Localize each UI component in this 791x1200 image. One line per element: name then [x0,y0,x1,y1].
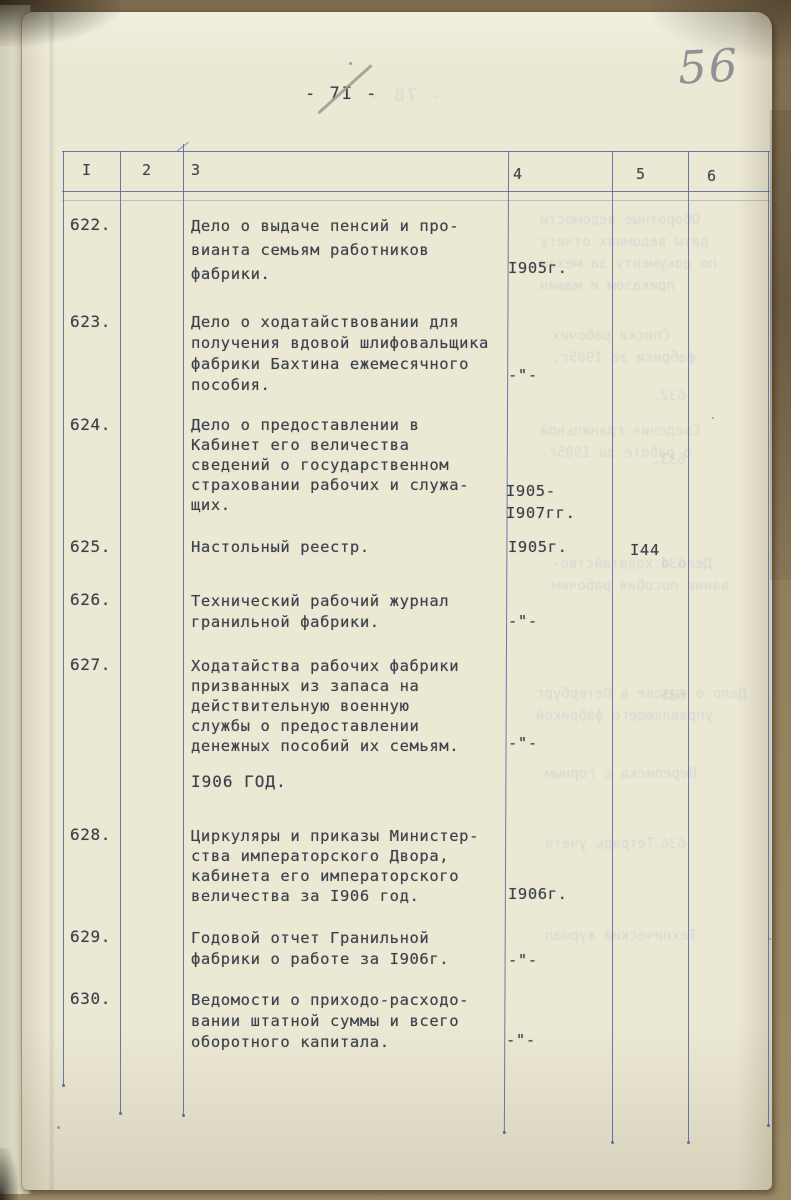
row-sheet-count: I44 [630,540,660,561]
row-date: I905г. [508,258,568,279]
table-column-line-5 [612,151,613,1142]
row-description: Настольный реестр. [191,537,370,558]
row-date: I905г. [508,537,568,558]
backing-shadow-top-left [0,0,120,46]
bleedthrough-text: Оборотные ведомости [540,212,700,228]
bleedthrough-text: управляющего фабрикой [536,708,713,724]
row-description: Технический рабочий журнал гранильной фа… [191,591,449,633]
column-header-6: 6 [707,166,717,187]
row-number: 622. [70,214,111,235]
row-number: 626. [70,589,111,610]
paper-speck [769,938,771,940]
paper-speck [57,1126,60,1129]
bleedthrough-text: Технический журнал [545,928,697,944]
row-number: 627. [70,654,111,675]
column-header-5: 5 [636,164,646,185]
bleedthrough-text: Тетрадь учета [545,836,655,852]
backing-shadow-bottom-left [0,1148,18,1200]
bleedthrough-number: 633. [652,452,686,468]
column-header-3: 3 [191,160,201,181]
handwritten-folio-number: 56 [677,38,741,94]
row-date: -"- [508,365,538,386]
row-number: 630. [70,988,111,1009]
bleedthrough-text: фабрики за I905г. [552,350,695,366]
bleedthrough-text: приказом и машин [540,278,675,294]
paper-crease [48,12,55,1190]
page-number: - 7I - [305,84,378,105]
row-description: Циркуляры и приказы Министер- ства импер… [191,826,479,906]
bleedthrough-number: 632. [652,388,686,404]
row-date: I905- I907гг. [506,480,576,524]
bleedthrough-text: вании пособия рабочим [552,578,729,594]
paper-speck [712,417,714,419]
row-date: -"- [508,733,538,754]
row-number: 629. [70,926,111,947]
bleedthrough-text: Переписка с горным [545,766,697,782]
bleedthrough-number: 635. [652,688,686,704]
row-description: Ходатайства рабочих фабрики призванных и… [191,656,459,756]
bleedthrough-text: Списки рабочих [552,328,670,344]
scanned-document-page: Оборотные ведомости даты ведомних отчету… [0,0,791,1200]
table-column-line-6 [688,151,689,1142]
row-description: Дело о выдаче пенсий и про- вианта семья… [191,214,459,286]
paper-speck [349,62,352,65]
row-description: Дело о ходатайствовании для получения вд… [191,312,489,396]
row-description: Ведомости о приходо-расходо- вании штатн… [191,990,469,1053]
bleedthrough-text: Сведения гранильной [540,423,700,439]
row-description: Годовой отчет Гранильной фабрики о работ… [191,928,449,970]
table-header-rule-double [62,200,770,201]
column-header-2: 2 [142,160,152,181]
row-description: Дело о предоставлении в Кабинет его вели… [191,415,469,515]
column-header-1: I [82,160,92,181]
table-column-line-2 [120,151,121,1113]
row-date: -"- [508,950,538,971]
bleedthrough-text: Дело о вызове в Петербург [536,686,747,702]
row-date: I906г. [508,884,568,905]
bleedthrough-text: даты ведомних отчету [540,234,709,250]
bleedthrough-number: 636. [652,836,686,852]
row-date: -"- [508,611,538,632]
table-right-border [768,151,769,1125]
table-header-rule [62,191,770,192]
column-header-4: 4 [513,164,523,185]
backing-shadow-right [770,110,791,580]
row-number: 628. [70,824,111,845]
row-number: 625. [70,536,111,557]
table-column-line-3 [183,144,184,1115]
row-date: -"- [506,1030,536,1051]
table-top-rule [62,151,770,152]
bleedthrough-page-number: - 78 - [368,86,441,106]
table-column-line-1 [63,151,64,1085]
row-number: 624. [70,414,111,435]
year-section-heading: I906 ГОД. [191,771,287,792]
row-number: 623. [70,311,111,332]
